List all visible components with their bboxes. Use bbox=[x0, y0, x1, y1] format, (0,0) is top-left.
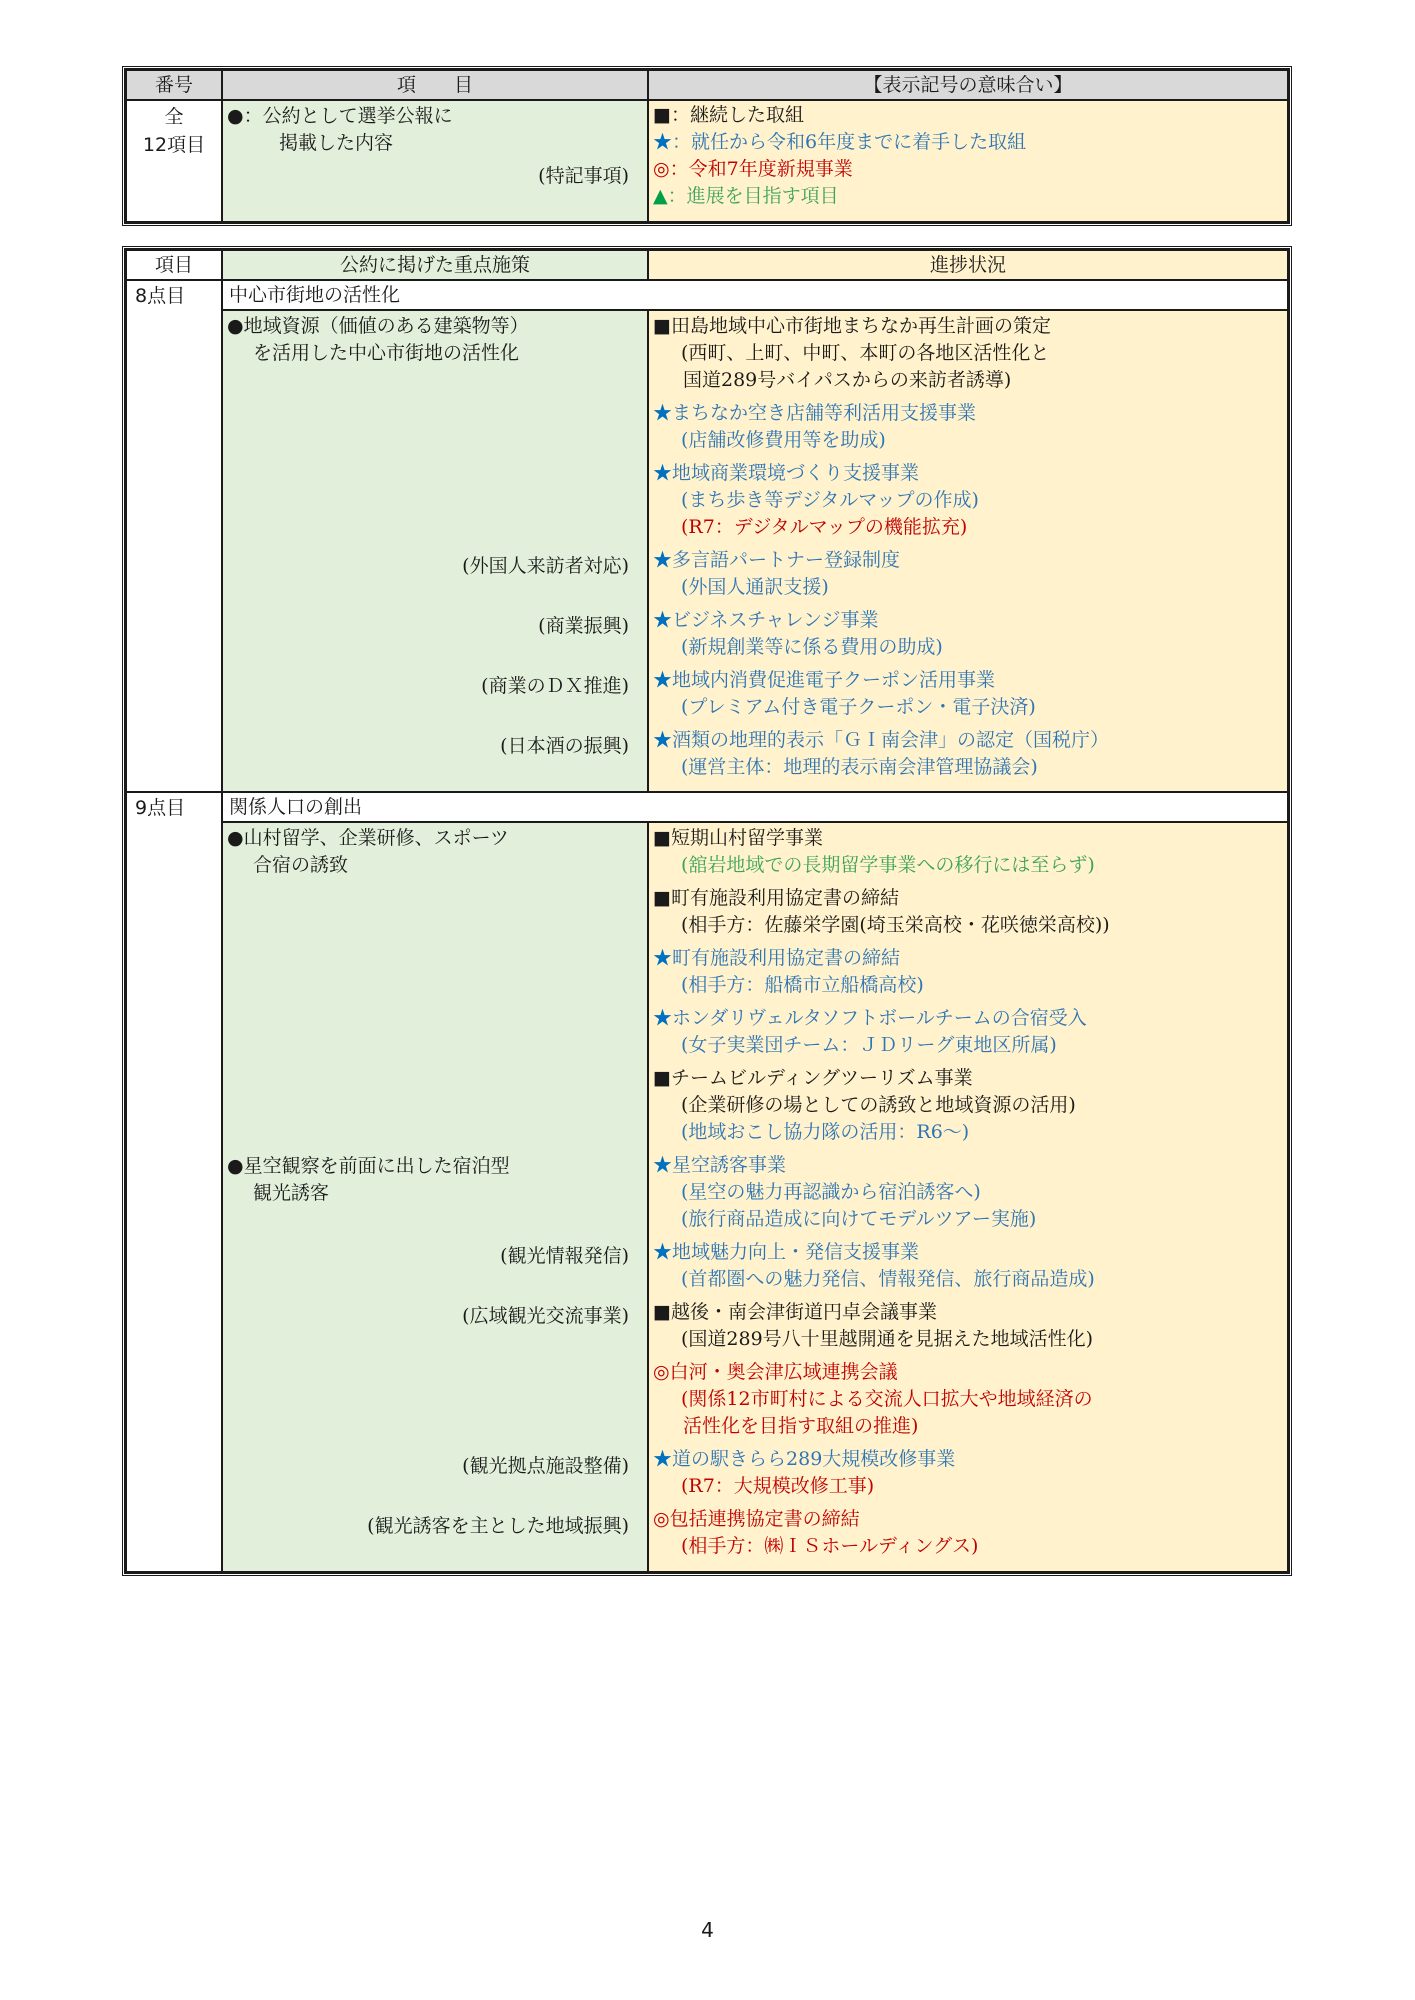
progress-entry: ■町有施設利用協定書の締結 (相手方：佐藤栄学園(埼玉栄高校・花咲徳栄高校)) bbox=[653, 885, 1281, 939]
legend-table: 番号 項 目 【表示記号の意味合い】 全 12項目 ●：公約として選挙公報に 掲… bbox=[122, 66, 1292, 226]
section-9-body: ●山村留学、企業研修、スポーツ 合宿の誘致 ●星空観察を前面に出した宿泊型 観光… bbox=[126, 822, 1288, 1572]
section-title: 関係人口の創出 bbox=[223, 793, 1287, 821]
bullet-icon: ● bbox=[227, 105, 244, 127]
item-cell: ●：公約として選挙公報に 掲載した内容 (特記事項) bbox=[222, 100, 648, 222]
star-icon: ★ bbox=[653, 669, 672, 691]
star-icon: ★ bbox=[653, 729, 672, 751]
legend-started: ★：就任から令和6年度までに着手した取組 bbox=[653, 129, 1283, 156]
star-icon: ★ bbox=[653, 609, 672, 631]
section-number: 9点目 bbox=[127, 794, 221, 822]
square-icon: ■ bbox=[653, 827, 671, 849]
square-icon: ■ bbox=[653, 1067, 671, 1089]
progress-entry: ★道の駅きらら289大規模改修事業 (R7：大規模改修工事) bbox=[653, 1446, 1281, 1500]
progress-entry: ◎白河・奥会津広域連携会議 (関係12市町村による交流人口拡大や地域経済の 活性… bbox=[653, 1359, 1281, 1440]
header-progress: 進捗状況 bbox=[648, 250, 1288, 280]
note-label: (日本酒の振興) bbox=[227, 733, 639, 787]
progress-entry: ★町有施設利用協定書の締結 (相手方：船橋市立船橋高校) bbox=[653, 945, 1281, 999]
double-circle-icon: ◎ bbox=[653, 158, 670, 180]
star-icon: ★ bbox=[653, 131, 672, 153]
progress-entry: ★ホンダリヴェルタソフトボールチームの合宿受入 (女子実業団チーム：ＪＤリーグ東… bbox=[653, 1005, 1281, 1059]
item-line1: ：公約として選挙公報に bbox=[244, 105, 453, 127]
legend-target: ▲：進展を目指す項目 bbox=[653, 183, 1283, 210]
star-icon: ★ bbox=[653, 462, 672, 484]
page-number: 4 bbox=[0, 1918, 1415, 1942]
number-line1: 全 bbox=[127, 103, 221, 131]
item-note: (特記事項) bbox=[227, 163, 639, 190]
progress-entry: ■チームビルディングツーリズム事業 (企業研修の場としての誘致と地域資源の活用)… bbox=[653, 1065, 1281, 1146]
policy-cell: ●山村留学、企業研修、スポーツ 合宿の誘致 ●星空観察を前面に出した宿泊型 観光… bbox=[222, 822, 648, 1572]
progress-entry: ★ビジネスチャレンジ事業 (新規創業等に係る費用の助成) bbox=[653, 607, 1281, 661]
star-icon: ★ bbox=[653, 1448, 672, 1470]
note-label: (観光誘客を主とした地域振興) bbox=[227, 1513, 639, 1567]
progress-entry: ■田島地域中心市街地まちなか再生計画の策定 (西町、上町、中町、本町の各地区活性… bbox=[653, 313, 1281, 394]
policy-cell: ●地域資源（価値のある建築物等） を活用した中心市街地の活性化 (外国人来訪者対… bbox=[222, 310, 648, 792]
progress-entry: ★地域魅力向上・発信支援事業 (首都圏への魅力発信、情報発信、旅行商品造成) bbox=[653, 1239, 1281, 1293]
progress-entry: ■短期山村留学事業 (舘岩地域での長期留学事業への移行には至らず) bbox=[653, 825, 1281, 879]
progress-entry: ◎包括連携協定書の締結 (相手方：㈱ＩＳホールディングス) bbox=[653, 1506, 1281, 1560]
section-8-body: ●地域資源（価値のある建築物等） を活用した中心市街地の活性化 (外国人来訪者対… bbox=[126, 310, 1288, 792]
star-icon: ★ bbox=[653, 549, 672, 571]
triangle-icon: ▲ bbox=[653, 185, 668, 207]
progress-entry: ★地域商業環境づくり支援事業 (まち歩き等デジタルマップの作成) (R7：デジタ… bbox=[653, 460, 1281, 541]
progress-entry: ★地域内消費促進電子クーポン活用事業 (プレミアム付き電子クーポン・電子決済) bbox=[653, 667, 1281, 721]
star-icon: ★ bbox=[653, 402, 672, 424]
legend-new: ◎：令和7年度新規事業 bbox=[653, 156, 1283, 183]
double-circle-icon: ◎ bbox=[653, 1508, 670, 1530]
policy-line: 合宿の誘致 bbox=[227, 852, 639, 879]
policy-line: を活用した中心市街地の活性化 bbox=[227, 340, 639, 367]
header-policy: 公約に掲げた重点施策 bbox=[222, 250, 648, 280]
progress-entry: ★多言語パートナー登録制度 (外国人通訳支援) bbox=[653, 547, 1281, 601]
header-meaning: 【表示記号の意味合い】 bbox=[648, 70, 1288, 100]
note-label: (観光拠点施設整備) bbox=[227, 1453, 639, 1513]
header-number: 番号 bbox=[126, 70, 222, 100]
square-icon: ■ bbox=[653, 315, 671, 337]
star-icon: ★ bbox=[653, 947, 672, 969]
policy-progress-table: 項目 公約に掲げた重点施策 進捗状況 8点目 中心市街地の活性化 ●地域資源（価… bbox=[122, 246, 1292, 1576]
legend-continued: ■：継続した取組 bbox=[653, 102, 1283, 129]
progress-entry: ★酒類の地理的表示「ＧＩ南会津」の認定（国税庁） (運営主体：地理的表示南会津管… bbox=[653, 727, 1281, 781]
progress-entry: ★星空誘客事業 (星空の魅力再認識から宿泊誘客へ) (旅行商品造成に向けてモデル… bbox=[653, 1152, 1281, 1233]
double-circle-icon: ◎ bbox=[653, 1361, 670, 1383]
section-number: 8点目 bbox=[127, 282, 221, 310]
policy-line: ●星空観察を前面に出した宿泊型 bbox=[227, 1153, 639, 1180]
note-label: (商業振興) bbox=[227, 613, 639, 673]
note-label: (商業のＤＸ推進) bbox=[227, 673, 639, 733]
star-icon: ★ bbox=[653, 1007, 672, 1029]
progress-entry: ■越後・南会津街道円卓会議事業 (国道289号八十里越開通を見据えた地域活性化) bbox=[653, 1299, 1281, 1353]
number-line2: 12項目 bbox=[127, 131, 221, 159]
square-icon: ■ bbox=[653, 887, 671, 909]
policy-line: ●地域資源（価値のある建築物等） bbox=[227, 313, 639, 340]
star-icon: ★ bbox=[653, 1154, 672, 1176]
section-title: 中心市街地の活性化 bbox=[223, 281, 1287, 309]
legend-cell: ■：継続した取組 ★：就任から令和6年度までに着手した取組 ◎：令和7年度新規事… bbox=[648, 100, 1288, 222]
section-8-header: 8点目 中心市街地の活性化 bbox=[126, 280, 1288, 310]
note-label: (観光情報発信) bbox=[227, 1243, 639, 1303]
progress-entry: ★まちなか空き店舗等利活用支援事業 (店舗改修費用等を助成) bbox=[653, 400, 1281, 454]
square-icon: ■ bbox=[653, 1301, 671, 1323]
note-label: (広域観光交流事業) bbox=[227, 1303, 639, 1453]
header-item: 項 目 bbox=[222, 70, 648, 100]
number-cell: 全 12項目 bbox=[126, 100, 222, 222]
note-label: (外国人来訪者対応) bbox=[227, 553, 639, 613]
square-icon: ■ bbox=[653, 104, 671, 126]
policy-line: 観光誘客 bbox=[227, 1180, 639, 1207]
header-item: 項目 bbox=[126, 250, 222, 280]
star-icon: ★ bbox=[653, 1241, 672, 1263]
policy-line: ●山村留学、企業研修、スポーツ bbox=[227, 825, 639, 852]
item-line2: 掲載した内容 bbox=[227, 130, 639, 157]
section-9-header: 9点目 関係人口の創出 bbox=[126, 792, 1288, 822]
progress-cell: ■短期山村留学事業 (舘岩地域での長期留学事業への移行には至らず) ■町有施設利… bbox=[648, 822, 1288, 1572]
progress-cell: ■田島地域中心市街地まちなか再生計画の策定 (西町、上町、中町、本町の各地区活性… bbox=[648, 310, 1288, 792]
